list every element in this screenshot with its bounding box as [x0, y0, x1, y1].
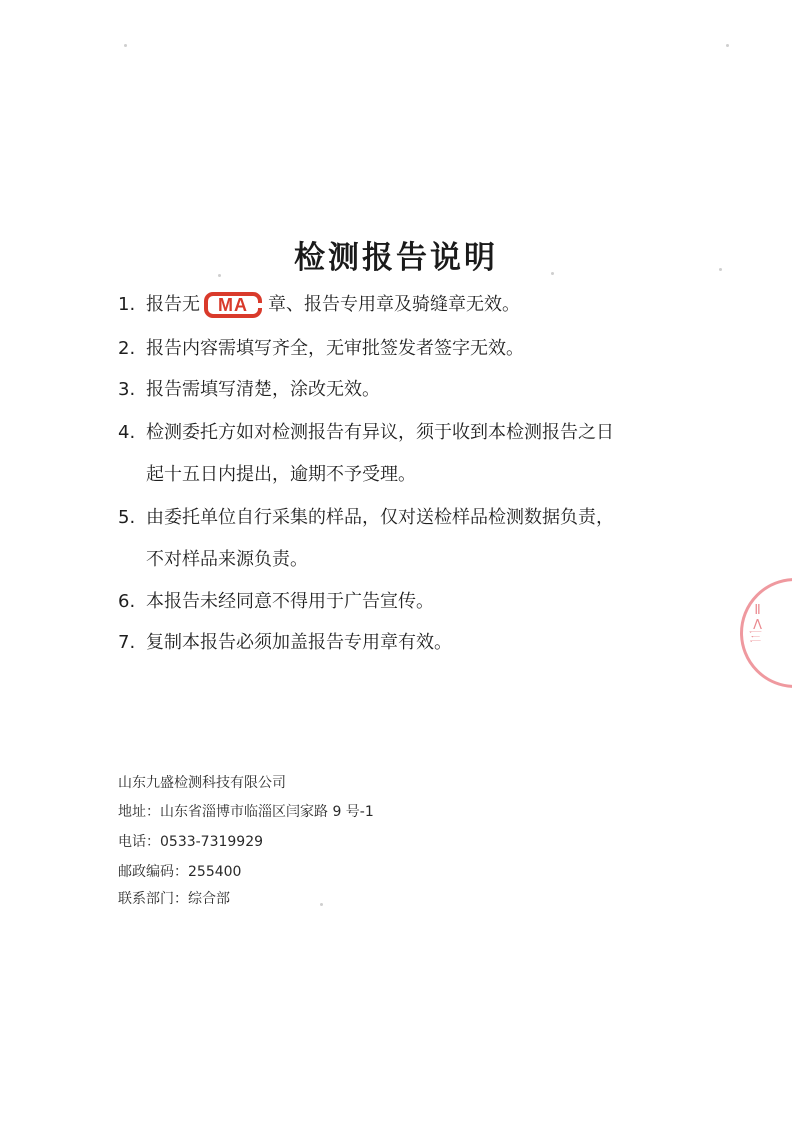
item-text: 报告内容需填写齐全，无审批签发者签字无效。 [146, 338, 524, 359]
item-text: 章、报告专用章及骑缝章无效。 [268, 294, 520, 315]
list-item: 5.由委托单位自行采集的样品，仅对送检样品检测数据负责， [118, 503, 614, 529]
item-number: 5. [118, 507, 146, 528]
scan-speck [551, 272, 554, 275]
scan-speck [726, 44, 729, 47]
list-item: 7.复制本报告必须加盖报告专用章有效。 [118, 628, 452, 654]
company-department: 联系部门：综合部 [118, 888, 230, 908]
company-phone: 电话：0533-7319929 [118, 831, 263, 851]
item-number: 3. [118, 379, 146, 400]
list-item: 1.报告无MA章、报告专用章及骑缝章无效。 [118, 290, 520, 318]
page-title: 检测报告说明 [0, 232, 792, 277]
item-number: 6. [118, 591, 146, 612]
list-item: 2.报告内容需填写齐全，无审批签发者签字无效。 [118, 334, 524, 360]
item-continuation: 不对样品来源负责。 [146, 545, 308, 571]
item-text: 由委托单位自行采集的样品，仅对送检样品检测数据负责， [146, 507, 614, 528]
item-text: 检测委托方如对检测报告有异议，须于收到本检测报告之日 [146, 422, 614, 443]
scan-speck [719, 268, 722, 271]
item-number: 2. [118, 338, 146, 359]
item-number: 4. [118, 422, 146, 443]
item-number: 1. [118, 294, 146, 315]
list-item: 6.本报告未经同意不得用于广告宣传。 [118, 587, 434, 613]
seal-text: 三ⅤⅡ [748, 600, 767, 643]
scan-speck [124, 44, 127, 47]
item-number: 7. [118, 632, 146, 653]
company-address: 地址：山东省淄博市临淄区闫家路 9 号-1 [118, 801, 374, 821]
item-continuation: 起十五日内提出，逾期不予受理。 [146, 460, 416, 486]
list-item: 3.报告需填写清楚，涂改无效。 [118, 375, 380, 401]
item-text: 复制本报告必须加盖报告专用章有效。 [146, 632, 452, 653]
item-text: 本报告未经同意不得用于广告宣传。 [146, 591, 434, 612]
company-name: 山东九盛检测科技有限公司 [118, 772, 286, 792]
scan-speck [218, 274, 221, 277]
item-text: 报告无 [146, 294, 200, 315]
item-text: 报告需填写清楚，涂改无效。 [146, 379, 380, 400]
company-postcode: 邮政编码：255400 [118, 861, 241, 881]
list-item: 4.检测委托方如对检测报告有异议，须于收到本检测报告之日 [118, 418, 614, 444]
scan-speck [320, 903, 323, 906]
cma-logo-icon: MA [204, 292, 262, 318]
